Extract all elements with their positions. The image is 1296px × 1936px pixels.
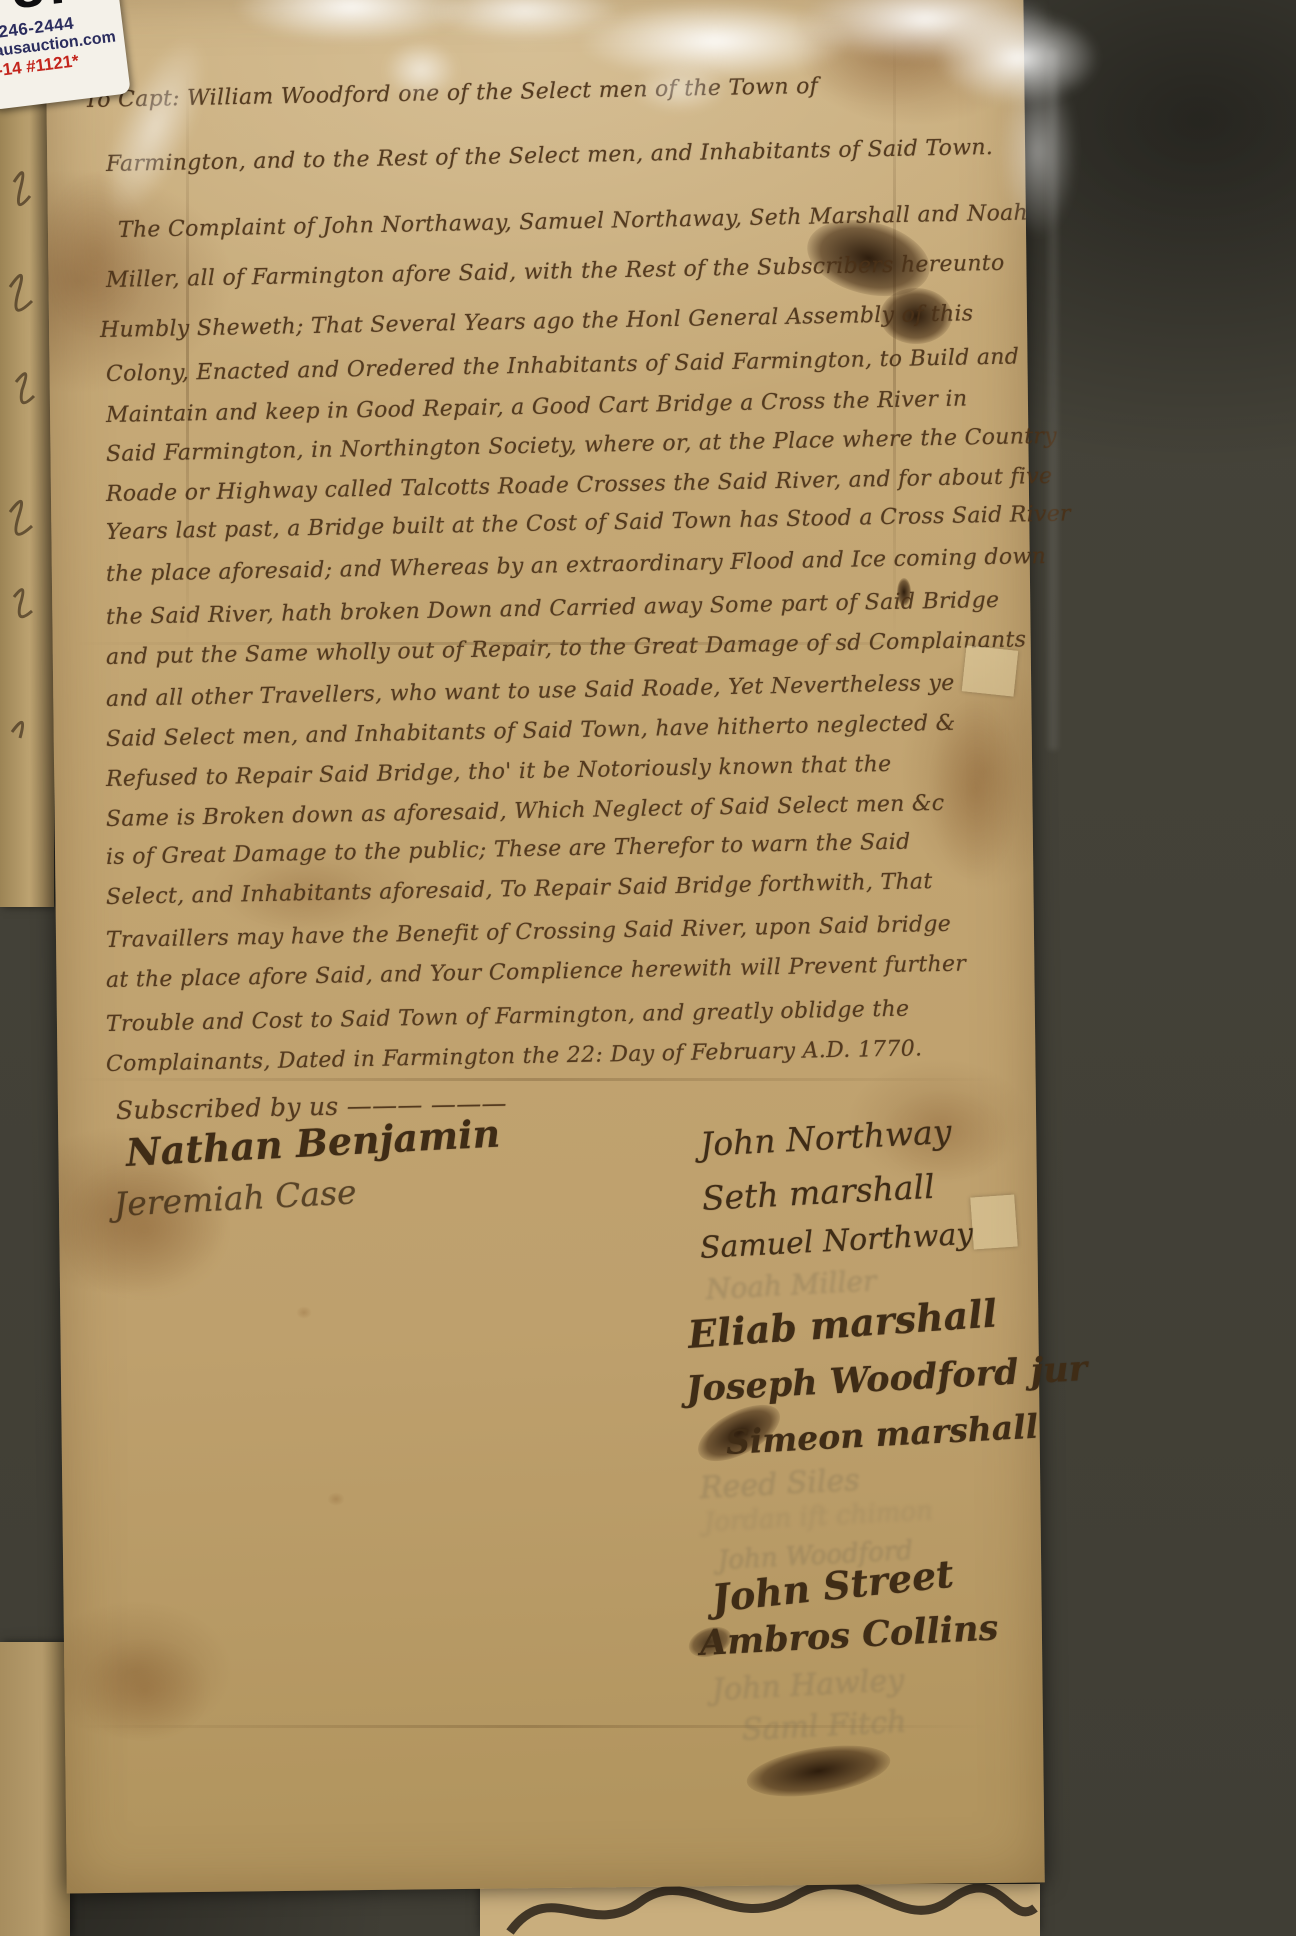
- bottom-left-document-fragment: [0, 1642, 70, 1936]
- glare-highlight: [632, 66, 727, 112]
- paper-speck: [296, 1306, 312, 1319]
- horizontal-crease: [70, 1078, 1000, 1081]
- tape-piece: [962, 645, 1019, 696]
- signature-faded: Reed Siles: [699, 1466, 860, 1504]
- sleeve-edge-highlight: [1048, 50, 1058, 750]
- bottom-fragment-writing-marks: [480, 1884, 1040, 1936]
- glare-highlight: [1000, 66, 1076, 236]
- tape-piece: [970, 1195, 1018, 1250]
- glare-highlight: [385, 42, 457, 98]
- auction-sticker: 87 -246-2444 ausauction.com -14 #1121*: [0, 0, 131, 110]
- signature-faded: Saml Fitch: [741, 1707, 907, 1746]
- bottom-document-fragment: [480, 1884, 1040, 1936]
- paper-stain: [80, 1640, 210, 1740]
- photograph-of-manuscript: To Capt: William Woodford one of the Sel…: [0, 0, 1296, 1936]
- paper-speck: [327, 1492, 345, 1506]
